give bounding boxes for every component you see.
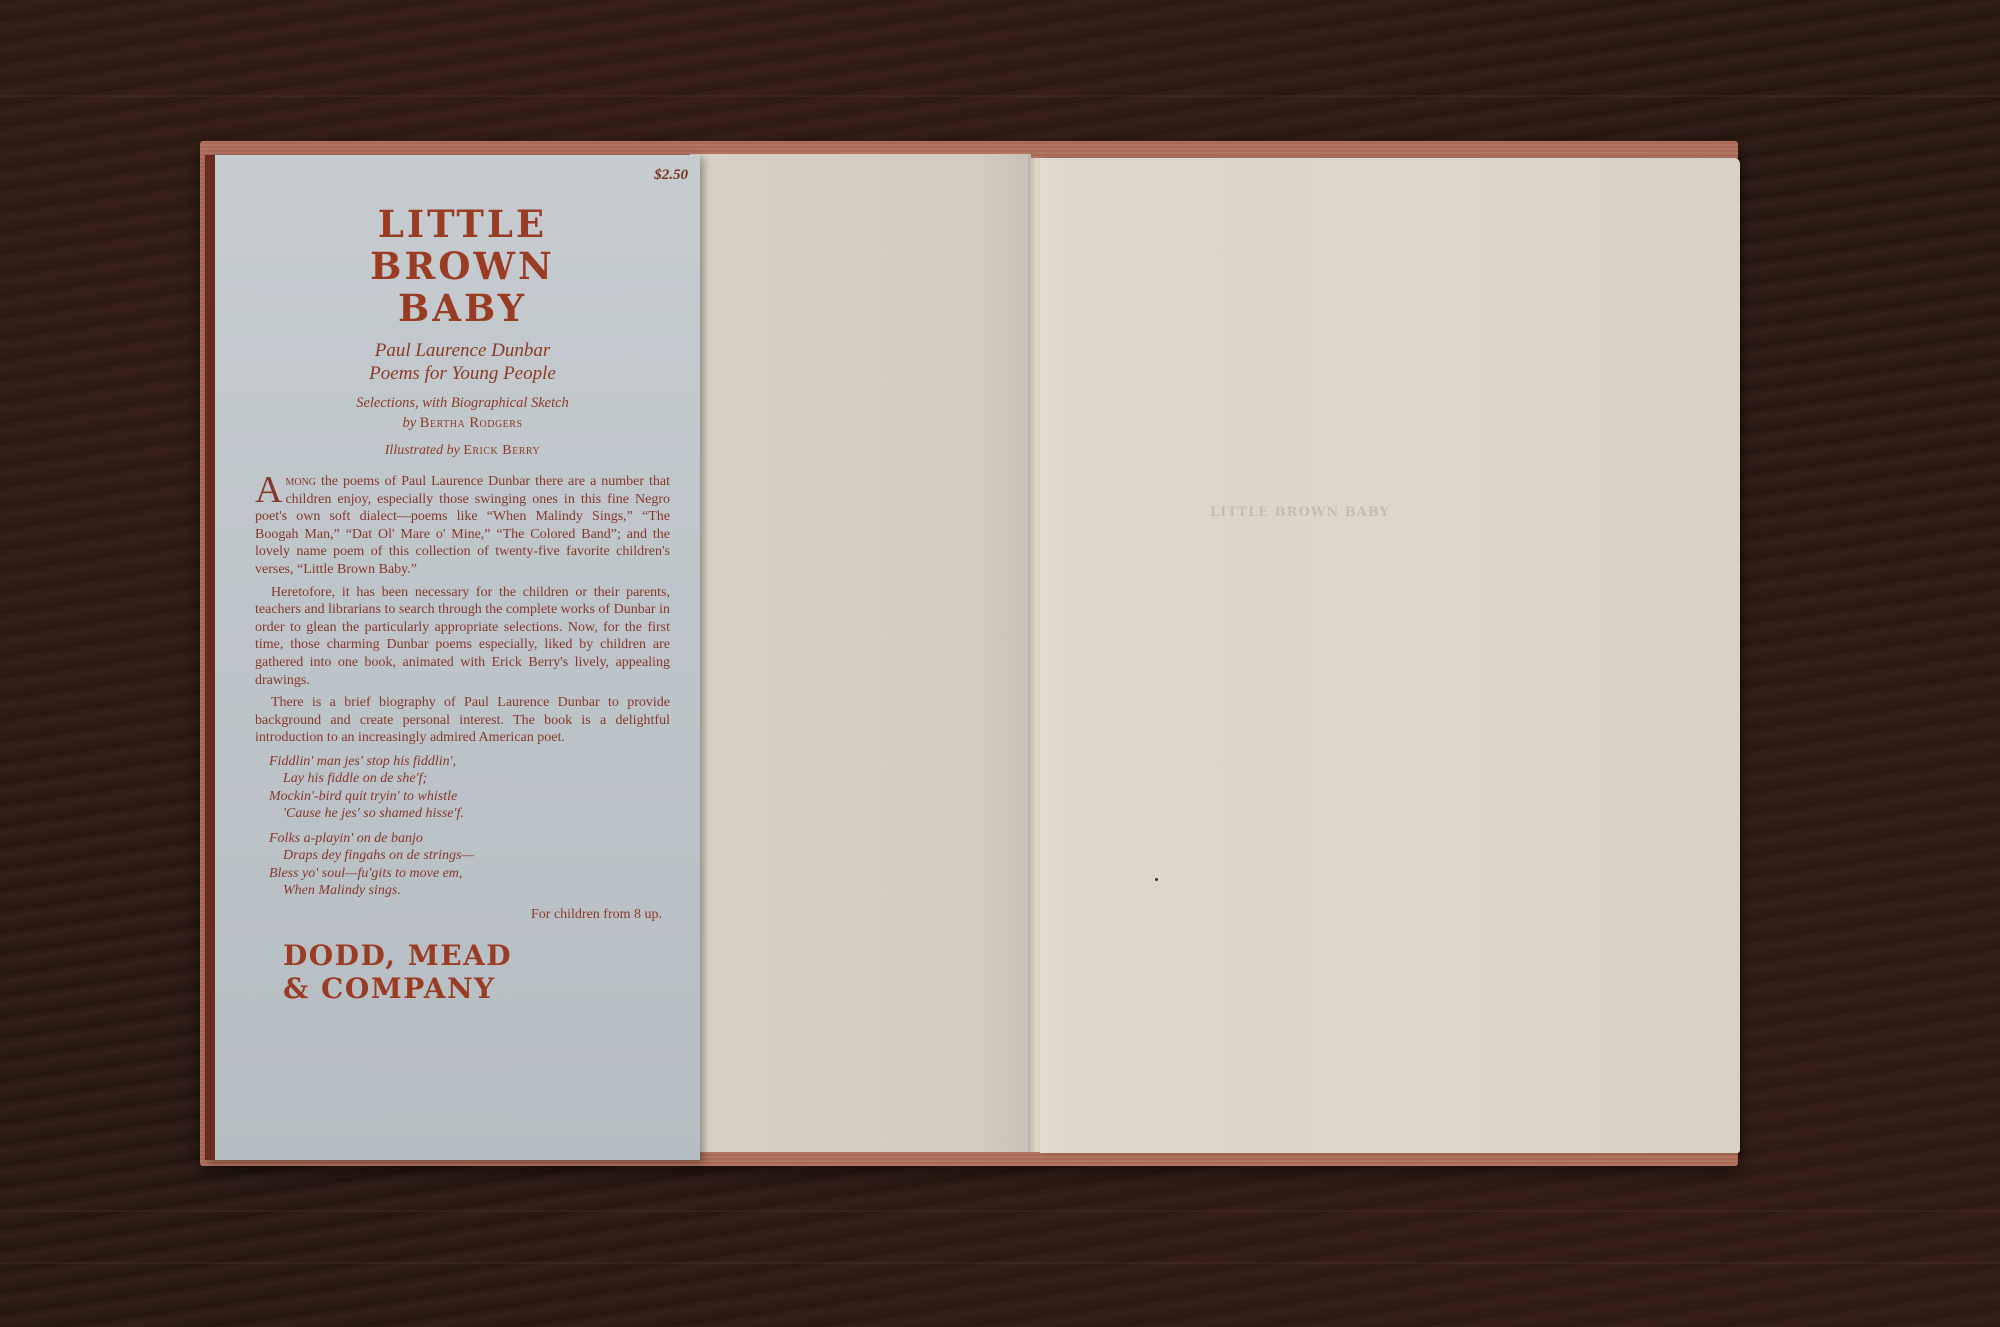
small-caps-lead: mong xyxy=(285,474,316,489)
poem-stanza: Folks a-playin' on de banjo Draps dey fi… xyxy=(269,830,670,900)
publisher-line: & COMPANY xyxy=(283,972,670,1005)
left-endpaper xyxy=(690,154,1031,1152)
drop-cap: A xyxy=(255,475,282,505)
editor-line: by Bertha Rodgers xyxy=(255,413,670,433)
right-page: LITTLE BROWN BABY xyxy=(1040,158,1740,1153)
title-line: BABY xyxy=(255,287,670,329)
publisher-name: DODD, MEAD & COMPANY xyxy=(283,939,670,1005)
age-note: For children from 8 up. xyxy=(255,907,670,923)
poem-line: Mockin'-bird quit tryin' to whistle xyxy=(269,788,670,806)
publisher-line: DODD, MEAD xyxy=(283,939,670,972)
flap-blurb: Among the poems of Paul Laurence Dunbar … xyxy=(255,473,670,747)
paper-speck xyxy=(1155,878,1158,881)
title-line: BROWN xyxy=(255,245,670,287)
blurb-paragraph: There is a brief biography of Paul Laure… xyxy=(255,694,670,747)
showthrough-text: LITTLE BROWN BABY xyxy=(1210,505,1390,520)
subtitle-line: Poems for Young People xyxy=(255,362,670,385)
poem-line: Folks a-playin' on de banjo xyxy=(269,830,670,848)
dust-jacket-flap: $2.50 LITTLE BROWN BABY Paul Laurence Du… xyxy=(205,155,700,1160)
author-line: Paul Laurence Dunbar xyxy=(255,339,670,362)
blurb-paragraph: Among the poems of Paul Laurence Dunbar … xyxy=(255,473,670,579)
selections-credit: Selections, with Biographical Sketch by … xyxy=(255,393,670,433)
title-line: LITTLE xyxy=(255,203,670,245)
blurb-paragraph: Heretofore, it has been necessary for th… xyxy=(255,584,670,690)
illustrator-name: Erick Berry xyxy=(463,443,540,458)
paragraph-text: the poems of Paul Laurence Dunbar there … xyxy=(255,474,670,577)
wood-grain xyxy=(0,95,2000,97)
wood-grain xyxy=(0,1210,2000,1212)
poem-line: Lay his fiddle on de she'f; xyxy=(269,770,670,788)
poem-line: 'Cause he jes' so shamed hisse'f. xyxy=(269,805,670,823)
editor-name: Bertha Rodgers xyxy=(420,415,523,431)
selections-line: Selections, with Biographical Sketch xyxy=(255,393,670,413)
poem-line: When Malindy sings. xyxy=(269,882,670,900)
poem-line: Fiddlin' man jes' stop his fiddlin', xyxy=(269,753,670,771)
poem-line: Bless yo' soul—fu'gits to move em, xyxy=(269,865,670,883)
book-subtitle: Paul Laurence Dunbar Poems for Young Peo… xyxy=(255,339,670,385)
poem-stanza: Fiddlin' man jes' stop his fiddlin', Lay… xyxy=(269,753,670,823)
illustrated-prefix: Illustrated by xyxy=(385,443,460,458)
poem-line: Draps dey fingahs on de strings— xyxy=(269,847,670,865)
wood-grain xyxy=(0,1262,2000,1264)
by-prefix: by xyxy=(402,415,416,431)
illustrator-credit: Illustrated by Erick Berry xyxy=(255,443,670,459)
book-title: LITTLE BROWN BABY xyxy=(255,203,670,329)
poem-excerpt: Fiddlin' man jes' stop his fiddlin', Lay… xyxy=(269,753,670,900)
